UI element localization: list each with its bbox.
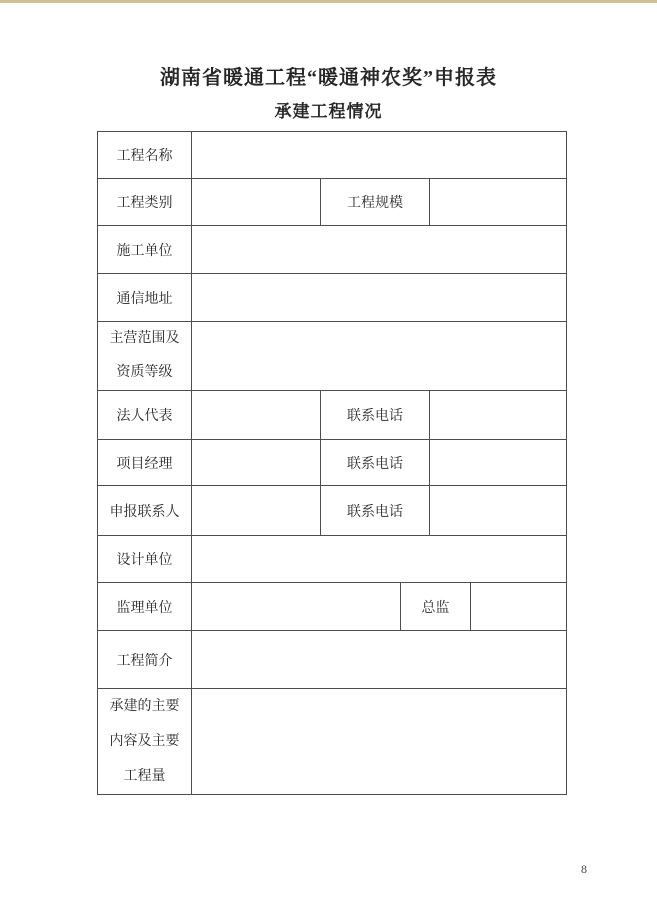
field-label-application-contact: 申报联系人 (98, 486, 192, 536)
field-label-project-category: 工程类别 (98, 179, 192, 226)
table-row-project-introduction: 工程简介 (98, 631, 567, 689)
field-value-contact-phone[interactable] (430, 391, 567, 440)
field-label-legal-representative: 法人代表 (98, 391, 192, 440)
application-form-table: 工程名称 工程类别 工程规模 施工单位 通信地址 主营范围及 资质等级 法人代表 (97, 131, 567, 795)
field-label-line: 内容及主要 (98, 724, 191, 759)
field-label-line: 主营范围及 (98, 322, 191, 356)
top-border-stripe (0, 0, 657, 3)
field-label-line: 资质等级 (98, 356, 191, 390)
field-label-contact-phone: 联系电话 (321, 440, 430, 486)
table-row-mailing-address: 通信地址 (98, 274, 567, 322)
table-row-main-content: 承建的主要 内容及主要 工程量 (98, 689, 567, 795)
field-label-contact-phone: 联系电话 (321, 486, 430, 536)
field-value-mailing-address[interactable] (192, 274, 567, 322)
field-label-project-introduction: 工程简介 (98, 631, 192, 689)
table-row-supervision-unit: 监理单位 总监 (98, 583, 567, 631)
field-value-design-unit[interactable] (192, 536, 567, 583)
table-row-construction-unit: 施工单位 (98, 226, 567, 274)
field-label-mailing-address: 通信地址 (98, 274, 192, 322)
form-subtitle: 承建工程情况 (0, 97, 657, 122)
document-page: 湖南省暖通工程“暖通神农奖”申报表 承建工程情况 工程名称 工程类别 工程规模 … (0, 0, 657, 915)
field-label-project-name: 工程名称 (98, 132, 192, 179)
field-value-main-content[interactable] (192, 689, 567, 795)
field-label-project-scale: 工程规模 (321, 179, 430, 226)
field-value-project-scale[interactable] (430, 179, 567, 226)
page-number: 8 (581, 862, 587, 877)
table-row-business-scope: 主营范围及 资质等级 (98, 322, 567, 391)
field-value-project-name[interactable] (192, 132, 567, 179)
table-row-design-unit: 设计单位 (98, 536, 567, 583)
form-title: 湖南省暖通工程“暖通神农奖”申报表 (0, 61, 657, 90)
field-label-main-content: 承建的主要 内容及主要 工程量 (98, 689, 192, 795)
table-row-project-manager: 项目经理 联系电话 (98, 440, 567, 486)
field-value-contact-phone[interactable] (430, 440, 567, 486)
field-label-line: 工程量 (98, 759, 191, 794)
field-value-supervision-unit[interactable] (192, 583, 401, 631)
field-label-project-manager: 项目经理 (98, 440, 192, 486)
field-value-chief-supervisor[interactable] (471, 583, 567, 631)
table-row-project-name: 工程名称 (98, 132, 567, 179)
field-label-line: 承建的主要 (98, 689, 191, 724)
field-value-project-category[interactable] (192, 179, 321, 226)
field-label-business-scope: 主营范围及 资质等级 (98, 322, 192, 391)
field-label-construction-unit: 施工单位 (98, 226, 192, 274)
field-label-design-unit: 设计单位 (98, 536, 192, 583)
table-row-application-contact: 申报联系人 联系电话 (98, 486, 567, 536)
field-label-supervision-unit: 监理单位 (98, 583, 192, 631)
field-value-application-contact[interactable] (192, 486, 321, 536)
table-row-legal-representative: 法人代表 联系电话 (98, 391, 567, 440)
field-value-project-introduction[interactable] (192, 631, 567, 689)
field-label-contact-phone: 联系电话 (321, 391, 430, 440)
field-label-chief-supervisor: 总监 (401, 583, 471, 631)
field-value-contact-phone[interactable] (430, 486, 567, 536)
field-value-legal-representative[interactable] (192, 391, 321, 440)
table-row-project-category: 工程类别 工程规模 (98, 179, 567, 226)
field-value-construction-unit[interactable] (192, 226, 567, 274)
field-value-business-scope[interactable] (192, 322, 567, 391)
field-value-project-manager[interactable] (192, 440, 321, 486)
